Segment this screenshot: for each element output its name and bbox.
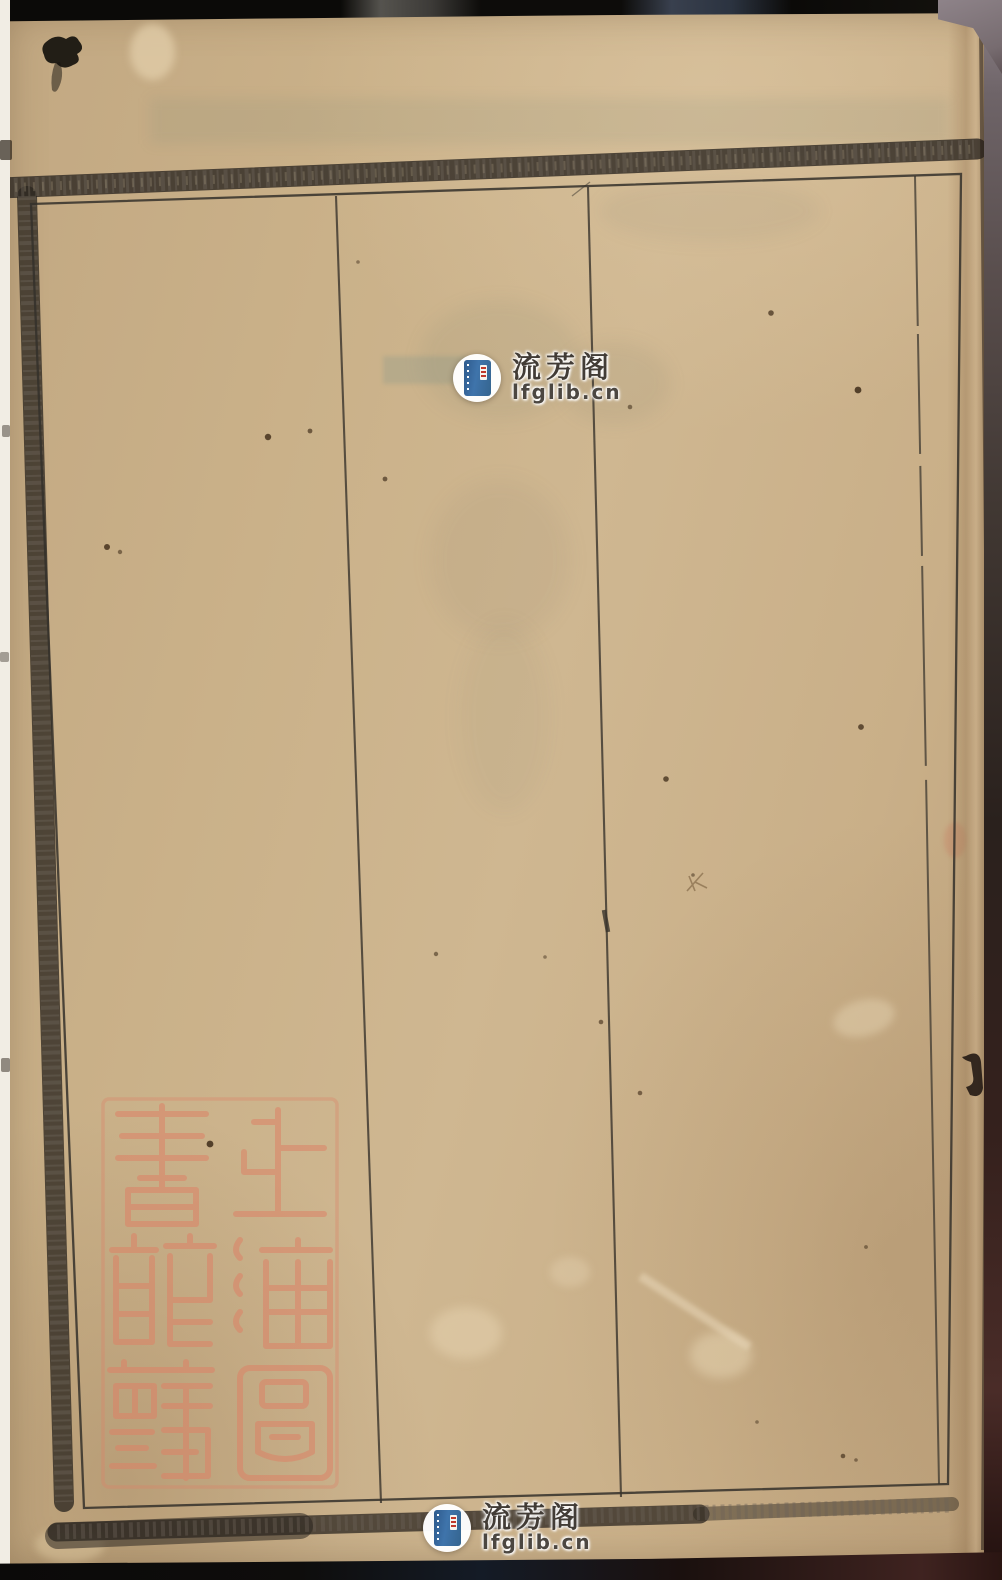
bleed-through bbox=[460, 622, 550, 812]
watermark-site-name: 流芳阁 bbox=[512, 352, 622, 382]
site-watermark-bottom: 流芳阁 lfglib.cn bbox=[423, 1502, 592, 1553]
watermark-site-url: lfglib.cn bbox=[512, 382, 622, 403]
crease-highlight bbox=[638, 1272, 752, 1350]
watermark-texts: 流芳阁 lfglib.cn bbox=[482, 1502, 592, 1553]
spine-notch bbox=[0, 652, 9, 662]
book-stitch-dots bbox=[467, 364, 469, 392]
bleed-through bbox=[600, 180, 820, 242]
book-title-slip bbox=[480, 365, 487, 380]
book-icon bbox=[464, 360, 491, 396]
bleed-through bbox=[430, 480, 570, 640]
book-title-slip bbox=[450, 1515, 457, 1530]
worn-patch bbox=[130, 24, 175, 80]
book-stitch-dots bbox=[437, 1514, 439, 1542]
spine-notch bbox=[1, 1058, 10, 1072]
book-icon bbox=[434, 1510, 461, 1546]
worn-patch bbox=[550, 1257, 590, 1287]
site-watermark-center: 流芳阁 lfglib.cn bbox=[453, 352, 622, 403]
worn-patch bbox=[430, 1307, 502, 1359]
photo-background-right bbox=[984, 0, 1002, 1580]
watermark-texts: 流芳阁 lfglib.cn bbox=[512, 352, 622, 403]
worn-patch bbox=[35, 1527, 105, 1562]
spine-notch bbox=[2, 425, 10, 437]
paper-sheet bbox=[5, 12, 992, 1564]
watermark-site-url: lfglib.cn bbox=[482, 1532, 592, 1553]
watermark-site-name: 流芳阁 bbox=[482, 1502, 592, 1532]
watermark-logo-circle bbox=[453, 354, 501, 402]
bleed-through bbox=[150, 98, 950, 144]
spine-notch bbox=[0, 140, 12, 160]
worn-patch bbox=[830, 993, 899, 1043]
scanned-page: 流芳阁 lfglib.cn 流芳阁 lfglib.cn bbox=[0, 0, 1002, 1580]
photo-background-left bbox=[0, 0, 10, 1580]
watermark-logo-circle bbox=[423, 1504, 471, 1552]
page-curl-shadow bbox=[948, 12, 988, 1564]
